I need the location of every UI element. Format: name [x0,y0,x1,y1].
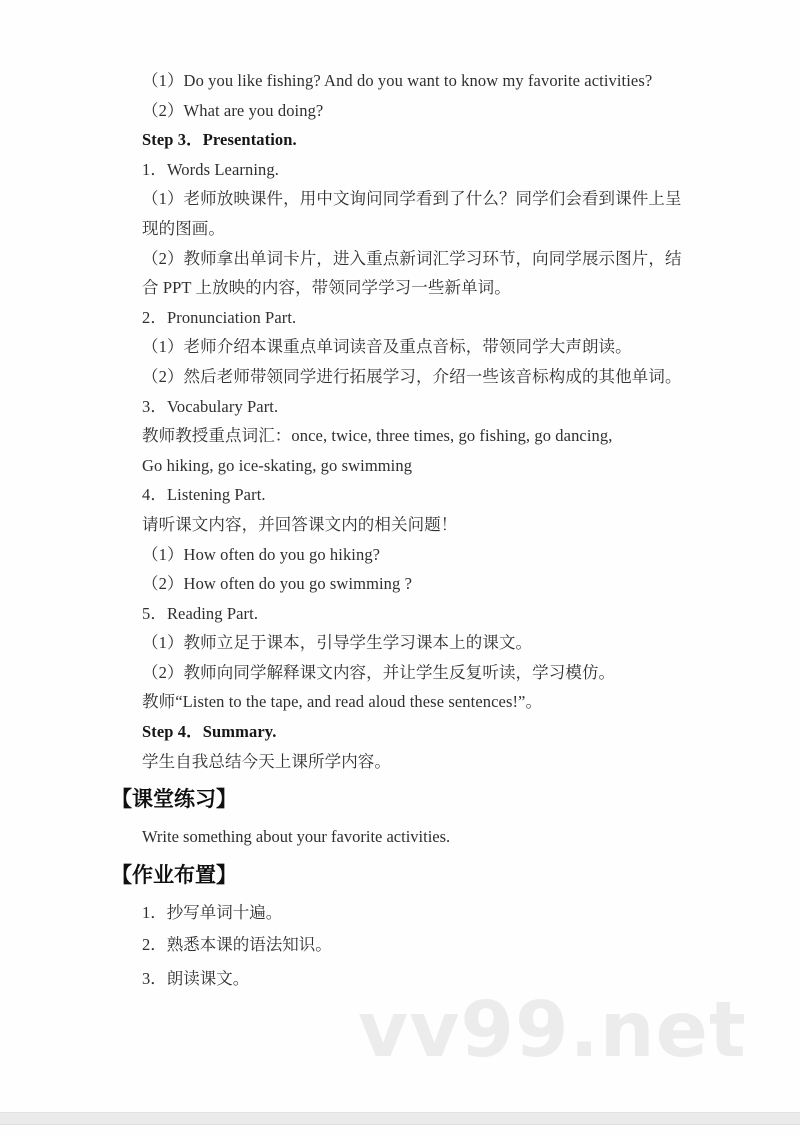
text-line: （1）老师放映课件，用中文询问同学看到了什么？同学们会看到课件上呈 [142,184,760,214]
text-line: （2）教师向同学解释课文内容，并让学生反复听读，学习模仿。 [142,658,760,688]
section-heading: 【课堂练习】 [111,784,760,814]
text-line: 5．Reading Part. [142,599,760,629]
text-line: （2）教师拿出单词卡片，进入重点新词汇学习环节，向同学展示图片，结 [142,244,760,274]
text-line: 合 PPT 上放映的内容，带领同学学习一些新单词。 [142,273,760,303]
section-body-line: 2．熟悉本课的语法知识。 [142,928,760,962]
document-body: （1）Do you like fishing? And do you want … [0,0,800,996]
text-line: 教师“Listen to the tape, and read aloud th… [142,687,760,717]
lesson-plan-lines: （1）Do you like fishing? And do you want … [142,66,760,776]
section-body-line: 3．朗读课文。 [142,962,760,996]
text-line: （1）老师介绍本课重点单词读音及重点音标，带领同学大声朗读。 [142,332,760,362]
text-line: 1．Words Learning. [142,155,760,185]
document-page: vv99.net （1）Do you like fishing? And do … [0,0,800,1137]
page-separator [0,1112,800,1125]
text-line: （2）How often do you go swimming ? [142,569,760,599]
text-line: Go hiking, go ice-skating, go swimming [142,451,760,481]
text-line: 现的图画。 [142,214,760,244]
text-line: Step 4．Summary. [142,717,760,747]
text-line: Step 3．Presentation. [142,125,760,155]
text-line: 学生自我总结今天上课所学内容。 [142,747,760,777]
text-line: （1）Do you like fishing? And do you want … [142,66,760,96]
text-line: 2．Pronunciation Part. [142,303,760,333]
text-line: （1）How often do you go hiking? [142,540,760,570]
text-line: 3．Vocabulary Part. [142,392,760,422]
section-body-line: Write something about your favorite acti… [142,822,760,852]
text-line: 请听课文内容，并回答课文内的相关问题！ [142,510,760,540]
text-line: （1）教师立足于课本，引导学生学习课本上的课文。 [142,628,760,658]
lesson-plan-sections: 【课堂练习】Write something about your favorit… [142,784,760,996]
text-line: （2）What are you doing? [142,96,760,126]
text-line: （2）然后老师带领同学进行拓展学习，介绍一些该音标构成的其他单词。 [142,362,760,392]
watermark: vv99.net [358,986,747,1075]
section-heading: 【作业布置】 [111,860,760,890]
section-body-line: 1．抄写单词十遍。 [142,898,760,928]
text-line: 教师教授重点词汇：once, twice, three times, go fi… [142,421,760,451]
text-line: 4．Listening Part. [142,480,760,510]
